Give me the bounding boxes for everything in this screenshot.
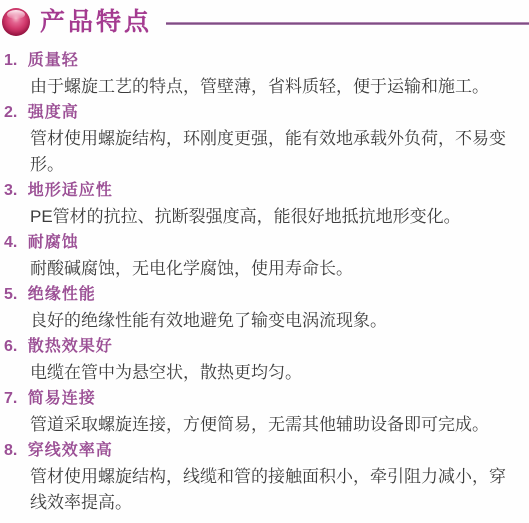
feature-title: 1. 质量轻 [0,48,529,74]
feature-description: 耐酸碱腐蚀，无电化学腐蚀，使用寿命长。 [0,256,529,282]
feature-item-8: 8. 穿线效率高 管材使用螺旋结构，线缆和管的接触面积小，牵引阻力减小，穿线效率… [0,438,529,516]
feature-title: 6. 散热效果好 [0,334,529,360]
page-title: 产品特点 [40,5,152,39]
feature-title: 8. 穿线效率高 [0,438,529,464]
feature-description: 管材使用螺旋结构，线缆和管的接触面积小，牵引阻力减小，穿线效率提高。 [0,464,529,516]
feature-name: 简易连接 [28,386,96,412]
feature-name: 质量轻 [28,48,79,74]
feature-number: 8. [4,438,17,464]
product-features-page: 产品特点 1. 质量轻 由于螺旋工艺的特点，管壁薄，省料质轻，便于运输和施工。 … [0,0,529,523]
feature-description: 管材使用螺旋结构，环刚度更强，能有效地承载外负荷，不易变形。 [0,126,529,178]
feature-name: 地形适应性 [28,178,113,204]
feature-description: 电缆在管中为悬空状，散热更均匀。 [0,360,529,386]
feature-number: 3. [4,178,17,204]
feature-number: 5. [4,282,17,308]
feature-title: 4. 耐腐蚀 [0,230,529,256]
feature-name: 穿线效率高 [28,438,113,464]
feature-item-2: 2. 强度高 管材使用螺旋结构，环刚度更强，能有效地承载外负荷，不易变形。 [0,100,529,178]
feature-item-7: 7. 简易连接 管道采取螺旋连接，方便简易，无需其他辅助设备即可完成。 [0,386,529,438]
feature-name: 强度高 [28,100,79,126]
feature-description: 管道采取螺旋连接，方便简易，无需其他辅助设备即可完成。 [0,412,529,438]
feature-name: 绝缘性能 [28,282,96,308]
header-rule [166,22,529,25]
feature-number: 4. [4,230,17,256]
feature-title: 3. 地形适应性 [0,178,529,204]
feature-number: 7. [4,386,17,412]
feature-description: 由于螺旋工艺的特点，管壁薄，省料质轻，便于运输和施工。 [0,74,529,100]
feature-description: PE管材的抗拉、抗断裂强度高，能很好地抵抗地形变化。 [0,204,529,230]
feature-number: 6. [4,334,17,360]
feature-title: 5. 绝缘性能 [0,282,529,308]
bullet-sphere-icon [2,8,30,36]
feature-number: 2. [4,100,17,126]
feature-item-4: 4. 耐腐蚀 耐酸碱腐蚀，无电化学腐蚀，使用寿命长。 [0,230,529,282]
feature-item-6: 6. 散热效果好 电缆在管中为悬空状，散热更均匀。 [0,334,529,386]
feature-description: 良好的绝缘性能有效地避免了输变电涡流现象。 [0,308,529,334]
feature-title: 2. 强度高 [0,100,529,126]
feature-item-3: 3. 地形适应性 PE管材的抗拉、抗断裂强度高，能很好地抵抗地形变化。 [0,178,529,230]
feature-name: 散热效果好 [28,334,113,360]
feature-title: 7. 简易连接 [0,386,529,412]
feature-item-5: 5. 绝缘性能 良好的绝缘性能有效地避免了输变电涡流现象。 [0,282,529,334]
feature-name: 耐腐蚀 [28,230,79,256]
feature-list: 1. 质量轻 由于螺旋工艺的特点，管壁薄，省料质轻，便于运输和施工。 2. 强度… [0,48,529,516]
feature-item-1: 1. 质量轻 由于螺旋工艺的特点，管壁薄，省料质轻，便于运输和施工。 [0,48,529,100]
feature-number: 1. [4,48,17,74]
section-header: 产品特点 [0,5,529,39]
